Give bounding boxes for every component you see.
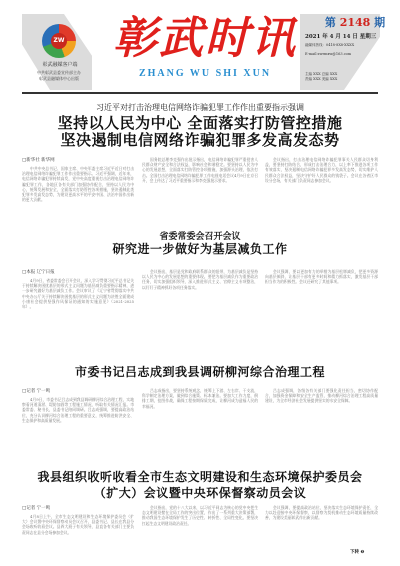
article-column: 会议指出，打击治理电信网络诈骗犯罪事关人民群众切身利益，要坚持打防结合，形成打击… <box>265 157 378 216</box>
logo-caption: 彰武融媒客户端 <box>30 61 90 68</box>
article-headline[interactable]: 我县组织收听收看全市生态文明建设和生态环境保护委员会 <box>0 470 400 484</box>
editor-credits: 主编 XXX 总编 XXX 责编 XXX 美编 XXX <box>305 72 395 82</box>
article-kicker: 习近平对打击治理电信网络诈骗犯罪工作作出重要指示强调 <box>0 102 400 113</box>
email-link[interactable]: E-mail:zwrmxw@163.com <box>305 52 351 56</box>
article-column: 会议强调，要提高政治站位，坚决落实生态环境保护责任，全力以赴迎接中央环保督察，以… <box>265 505 378 550</box>
article-headline[interactable]: 坚决遏制电信网络诈骗犯罪多发高发态势 <box>0 132 400 149</box>
article-column: 吕志成强调，各级各有关部门要强化责任担当，密切协作配合，加强资金保障和安全生产监… <box>265 388 378 455</box>
article-column: 吕志成指出，要坚持系统观念，统筹上下游、左右岸、干支流，科学制定治理方案，做到综… <box>142 388 258 455</box>
article-column: 会议指出，基层是党和政府联系群众的纽带，为基层减负是坚持以人民为中心的发展思想的… <box>142 269 258 345</box>
article-byline: □记者 宁一鸣 <box>22 505 50 511</box>
publication-date: 2021 年 4 月 14 日 星期三 <box>305 32 376 40</box>
app-logo-icon[interactable]: ZW <box>42 24 76 58</box>
issue-number: 第 2148 期 <box>310 14 400 30</box>
article-headline[interactable]: （扩大）会议暨中央环保督察动员会议 <box>0 486 400 500</box>
article-column: 国务院总理李克强作出批示指出，电信网络诈骗犯罪严重侵害人民群众财产安全和合法权益… <box>142 157 258 216</box>
article-column: 4月9日，市委书记吕志成到我县调研柳河综合治理工程，实地察看河道清淤、堤防加固等… <box>22 397 134 455</box>
issue-value: 2148 <box>340 16 371 29</box>
article-byline: □记者 宁一鸣 <box>22 388 50 394</box>
org-line: 中共彰武县委宣传部主办 <box>24 70 94 75</box>
article-headline[interactable]: 研究进一步做好为基层减负工作 <box>0 242 400 256</box>
org-line: 彰武县融媒体中心出版 <box>24 76 94 81</box>
masthead: ZW 彰武融媒客户端 中共彰武县委宣传部主办 彰武县融媒体中心出版 彰武时讯 Z… <box>0 0 400 95</box>
article-byline: □本报 辽宁日报 <box>22 269 55 275</box>
logo-badge: ZW <box>51 33 67 49</box>
masthead-divider <box>22 92 378 94</box>
article-column: 4月9日，省委常委会召开会议，深入学习贯彻习近平总书记关于持续解决困扰基层的形式… <box>22 278 134 345</box>
article-column: 中共中央总书记、国家主席、中央军委主席习近平近日对打击治理电信网络诈骗犯罪工作作… <box>22 166 134 216</box>
article-headline[interactable]: 市委书记吕志成到我县调研柳河综合治理工程 <box>0 365 400 379</box>
editor-line: 责编 XXX 美编 XXX <box>305 77 395 82</box>
article-column: 4月8日上午，全市生态文明建设和生态环境保护委员会（扩大）会议暨中央环保督察动员… <box>22 514 134 556</box>
hotline: 融媒体热线：0418-8X8-XXXX <box>305 43 354 48</box>
newspaper-title-pinyin: ZHANG WU SHI XUN <box>110 68 300 79</box>
article-column: 会议指出，党的十八大以来，以习近平同志为核心的党中央把生态文明建设摆在全局工作的… <box>142 505 258 556</box>
continued-on-page[interactable]: 下转 ❷ <box>350 549 364 555</box>
article-column: 会议强调，要以更加有力的举措为基层松绑减负，把更多资源向基层倾斜，让基层干部有更… <box>265 269 378 345</box>
issue-suffix: 期 <box>374 16 385 29</box>
article-byline: □新华社 新华网 <box>22 157 55 163</box>
issue-prefix: 第 <box>325 16 336 29</box>
newspaper-title: 彰武时讯 <box>110 14 300 64</box>
article-headline[interactable]: 坚持以人民为中心 全面落实打防管控措施 <box>0 115 400 132</box>
article-kicker: 省委常委会召开会议 <box>0 229 400 242</box>
